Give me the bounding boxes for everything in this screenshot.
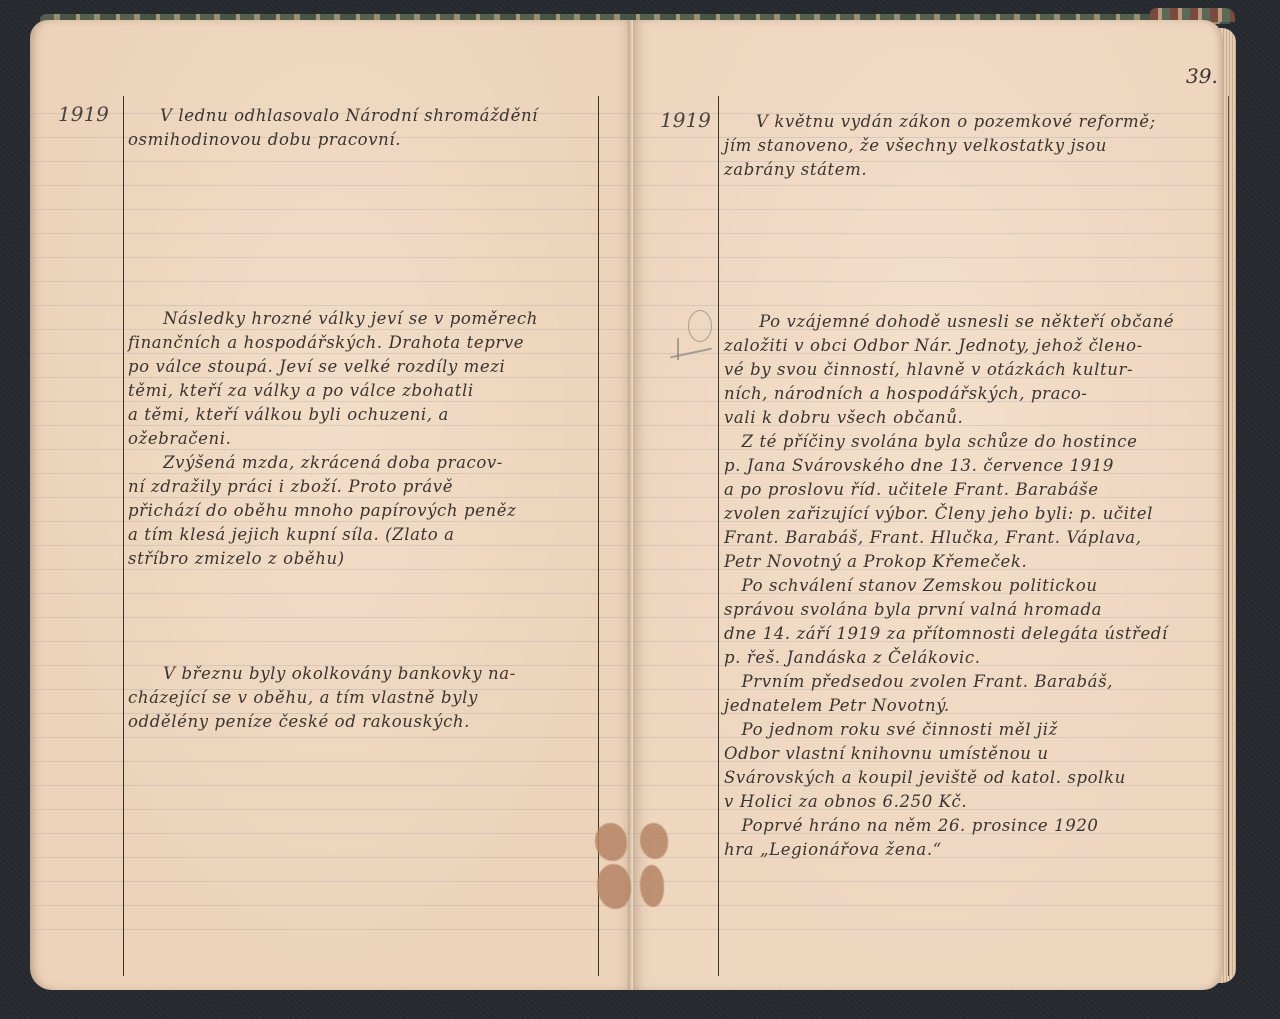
stain <box>640 865 664 907</box>
stain <box>640 823 668 859</box>
entry-text-national-union-branch: Po vzájemné dohodě usnesli se někteří ob… <box>724 310 1229 862</box>
stain <box>597 864 631 909</box>
right-page-margin-line <box>718 96 719 976</box>
entry-text-january-1919: V lednu odhlasovalo Národní shromáždění … <box>128 104 598 152</box>
left-page-margin-line <box>123 96 124 976</box>
entry-text-war-consequences: Následky hrozné války jeví se v poměrech… <box>128 307 598 571</box>
pencil-margin-mark-stem <box>677 338 679 360</box>
page-number: 39. <box>1186 64 1218 88</box>
stain <box>595 823 627 861</box>
pencil-margin-mark <box>688 310 712 342</box>
entry-year: 1919 <box>660 108 711 132</box>
entry-year: 1919 <box>58 102 109 126</box>
entry-text-march-banknotes: V březnu byly okolkovány bankovky na- ch… <box>128 662 598 734</box>
entry-text-may-land-reform: V květnu vydán zákon o pozemkové reformě… <box>724 110 1229 182</box>
